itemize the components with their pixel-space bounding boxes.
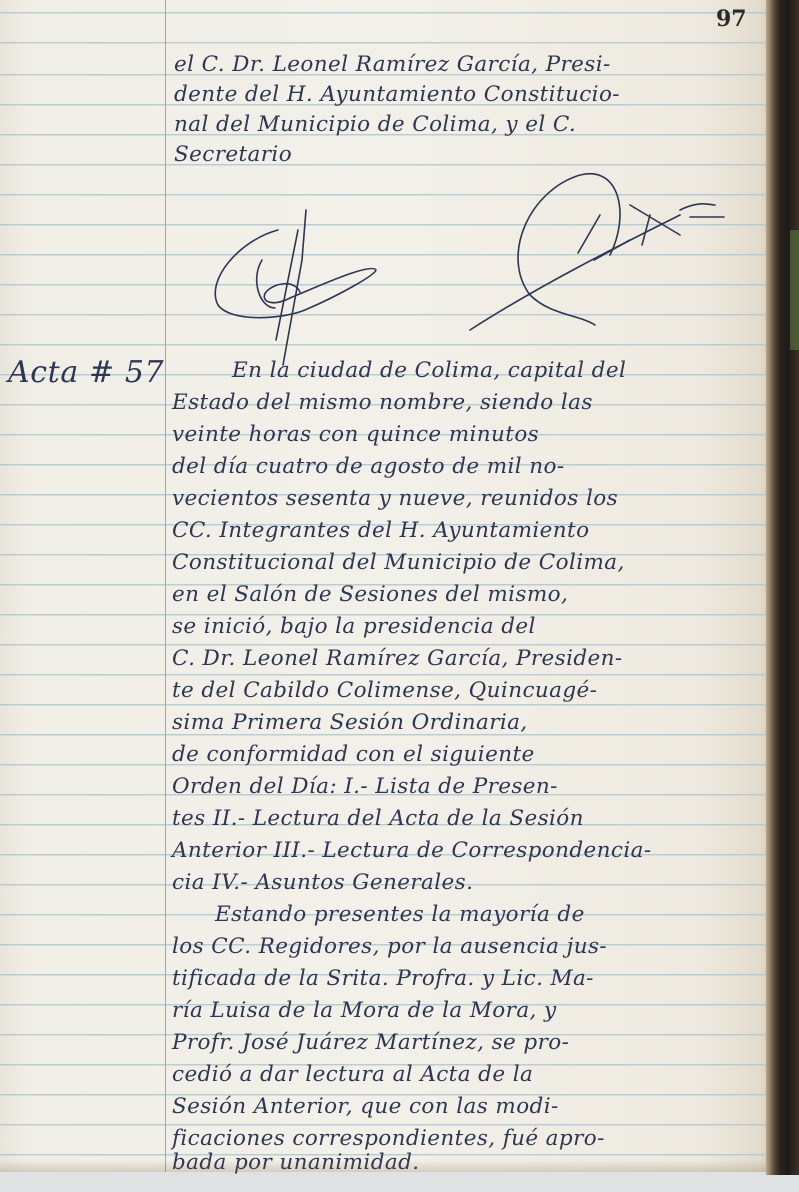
closing-line: dente del H. Ayuntamiento Constitucio- bbox=[174, 82, 620, 107]
red-margin-line bbox=[165, 0, 166, 1172]
closing-line: el C. Dr. Leonel Ramírez García, Presi- bbox=[174, 52, 611, 77]
page-number: 97 bbox=[716, 6, 747, 32]
body-line: vecientos sesenta y nueve, reunidos los bbox=[172, 486, 618, 511]
binding-edge-detail bbox=[790, 230, 799, 350]
body-line: Orden del Día: I.- Lista de Presen- bbox=[172, 774, 558, 799]
body-line: sima Primera Sesión Ordinaria, bbox=[172, 710, 528, 735]
body-line: En la ciudad de Colima, capital del bbox=[232, 358, 626, 383]
closing-line: Secretario bbox=[174, 142, 292, 167]
body-line: tes II.- Lectura del Acta de la Sesión bbox=[172, 806, 584, 831]
body-line: Estado del mismo nombre, siendo las bbox=[172, 390, 593, 415]
body-line: los CC. Regidores, por la ausencia jus- bbox=[172, 934, 607, 959]
acta-number-label: Acta # 57 bbox=[8, 355, 164, 390]
page-edge-shadow bbox=[0, 1160, 768, 1172]
body-line: Profr. José Juárez Martínez, se pro- bbox=[172, 1030, 569, 1055]
signature-right bbox=[460, 165, 740, 345]
body-line: C. Dr. Leonel Ramírez García, Presiden- bbox=[172, 646, 623, 671]
body-line: se inició, bajo la presidencia del bbox=[172, 614, 536, 639]
closing-line: nal del Municipio de Colima, y el C. bbox=[174, 112, 576, 137]
body-line: de conformidad con el siguiente bbox=[172, 742, 535, 767]
body-line: CC. Integrantes del H. Ayuntamiento bbox=[172, 518, 589, 543]
body-line: veinte horas con quince minutos bbox=[172, 422, 539, 447]
body-line: tificada de la Srita. Profra. y Lic. Ma- bbox=[172, 966, 594, 991]
body-line: Anterior III.- Lectura de Correspondenci… bbox=[172, 838, 652, 863]
body-line: del día cuatro de agosto de mil no- bbox=[172, 454, 565, 479]
signature-left bbox=[200, 200, 390, 370]
body-line: Constitucional del Municipio de Colima, bbox=[172, 550, 625, 575]
ledger-page: 97 el C. Dr. Leonel Ramírez García, Pres… bbox=[0, 0, 768, 1172]
body-line: ría Luisa de la Mora de la Mora, y bbox=[172, 998, 557, 1023]
body-line: te del Cabildo Colimense, Quincuagé- bbox=[172, 678, 597, 703]
body-line: cia IV.- Asuntos Generales. bbox=[172, 870, 473, 895]
body-line: cedió a dar lectura al Acta de la bbox=[172, 1062, 533, 1087]
body-line: Estando presentes la mayoría de bbox=[215, 902, 585, 927]
body-line: ficaciones correspondientes, fué apro- bbox=[172, 1126, 605, 1151]
book-binding bbox=[766, 0, 799, 1175]
body-line: en el Salón de Sesiones del mismo, bbox=[172, 582, 568, 607]
body-line: Sesión Anterior, que con las modi- bbox=[172, 1094, 559, 1119]
